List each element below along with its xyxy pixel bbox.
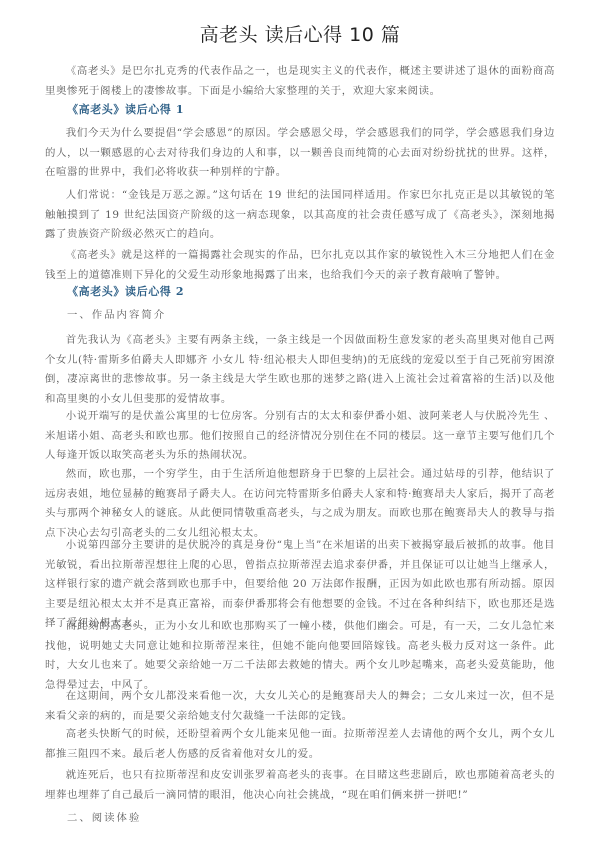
section-2-paragraph-5-block: 而此刻的高老头，正为小女儿和欧也那购买了一幢小楼，供他们幽会。可是，有一天，二女… bbox=[45, 617, 555, 695]
document-page: 高老头 读后心得 10 篇 《高老头》是巴尔扎克秀的代表作品之一，也是现实主义的… bbox=[0, 0, 600, 849]
section-2-subheading-2-block: 二、阅读体验 bbox=[45, 809, 555, 824]
paragraph: 《高老头》就是这样的一篇揭露社会现实的作品，巴尔扎克以其作家的敏锐性入木三分地把… bbox=[45, 246, 555, 285]
section-heading: 《高老头》读后心得 1 bbox=[45, 101, 555, 117]
subheading: 一、作品内容简介 bbox=[45, 306, 555, 321]
section-2-paragraph-1-block: 首先我认为《高老头》主要有两条主线，一条主线是一个因做面粉生意发家的老头高里奥对… bbox=[45, 331, 555, 409]
subheading: 二、阅读体验 bbox=[45, 809, 555, 824]
section-1-paragraph-2-block: 人们常说：“金钱是万恶之源。”这句话在 19 世纪的法国同样适用。作家巴尔扎克正… bbox=[45, 186, 555, 245]
paragraph: 人们常说：“金钱是万恶之源。”这句话在 19 世纪的法国同样适用。作家巴尔扎克正… bbox=[45, 186, 555, 245]
paragraph: 而此刻的高老头，正为小女儿和欧也那购买了一幢小楼，供他们幽会。可是，有一天，二女… bbox=[45, 617, 555, 695]
section-heading: 《高老头》读后心得 2 bbox=[45, 283, 555, 299]
section-2-paragraph-7-block: 高老头快断气的时候，还盼望着两个女儿能来见他一面。拉斯蒂涅差人去请他的两个女儿，… bbox=[45, 725, 555, 764]
intro-paragraph-block: 《高老头》是巴尔扎克秀的代表作品之一，也是现实主义的代表作，概述主要讲述了退休的… bbox=[45, 62, 555, 101]
section-2-paragraph-8-block: 就连死后，也只有拉斯蒂涅和皮安训张罗着高老头的丧事。在目睹这些悲剧后，欧也那随着… bbox=[45, 766, 555, 805]
section-2-subheading-block: 一、作品内容简介 bbox=[45, 306, 555, 321]
page-title: 高老头 读后心得 10 篇 bbox=[0, 20, 600, 47]
paragraph: 然而，欧也那，一个穷学生，由于生活所迫他想跻身于巴黎的上层社会。通过姑母的引荐，… bbox=[45, 465, 555, 543]
section-2-paragraph-2-block: 小说开端写的是伏盖公寓里的七位房客。分别有古的太太和泰伊番小姐、波阿莱老人与伏脱… bbox=[45, 407, 555, 466]
section-1-heading-block: 《高老头》读后心得 1 bbox=[45, 101, 555, 117]
section-2-paragraph-3-block: 然而，欧也那，一个穷学生，由于生活所迫他想跻身于巴黎的上层社会。通过姑母的引荐，… bbox=[45, 465, 555, 543]
section-1-paragraph-3-block: 《高老头》就是这样的一篇揭露社会现实的作品，巴尔扎克以其作家的敏锐性入木三分地把… bbox=[45, 246, 555, 285]
paragraph: 在这期间，两个女儿都没来看他一次，大女儿关心的是鲍赛昂夫人的舞会；二女儿来过一次… bbox=[45, 687, 555, 726]
section-2-paragraph-6-block: 在这期间，两个女儿都没来看他一次，大女儿关心的是鲍赛昂夫人的舞会；二女儿来过一次… bbox=[45, 687, 555, 726]
paragraph: 高老头快断气的时候，还盼望着两个女儿能来见他一面。拉斯蒂涅差人去请他的两个女儿，… bbox=[45, 725, 555, 764]
section-2-heading-block: 《高老头》读后心得 2 bbox=[45, 283, 555, 299]
section-1-paragraph-1-block: 我们今天为什么要提倡“学会感恩”的原因。学会感恩父母，学会感恩我们的同学，学会感… bbox=[45, 124, 555, 183]
intro-paragraph: 《高老头》是巴尔扎克秀的代表作品之一，也是现实主义的代表作，概述主要讲述了退休的… bbox=[45, 62, 555, 101]
paragraph: 我们今天为什么要提倡“学会感恩”的原因。学会感恩父母，学会感恩我们的同学，学会感… bbox=[45, 124, 555, 183]
paragraph: 小说开端写的是伏盖公寓里的七位房客。分别有古的太太和泰伊番小姐、波阿莱老人与伏脱… bbox=[45, 407, 555, 466]
paragraph: 首先我认为《高老头》主要有两条主线，一条主线是一个因做面粉生意发家的老头高里奥对… bbox=[45, 331, 555, 409]
paragraph: 就连死后，也只有拉斯蒂涅和皮安训张罗着高老头的丧事。在目睹这些悲剧后，欧也那随着… bbox=[45, 766, 555, 805]
